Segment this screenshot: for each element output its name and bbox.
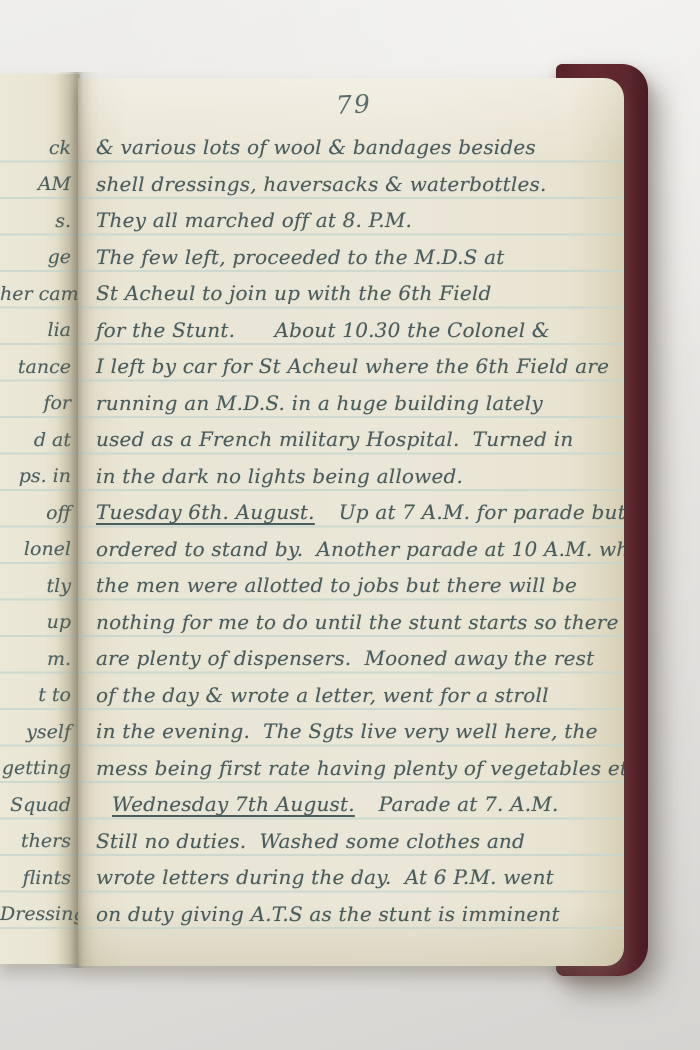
diary-line: nothing for me to do until the stunt sta… [96, 607, 619, 637]
left-page-fragment: thers [0, 826, 71, 856]
diary-line: Tuesday 6th. August.Up at 7 A.M. for par… [96, 497, 624, 527]
diary-line: used as a French military Hospital. Turn… [96, 424, 573, 454]
diary-line: in the evening. The Sgts live very well … [96, 716, 598, 746]
diary-entry-header: Wednesday 7th August. [112, 792, 355, 816]
left-page-fragment: her camp [0, 279, 71, 309]
left-page-fragment: lonel [0, 534, 71, 564]
left-page-fragment: Squad [0, 790, 71, 820]
page-number: 79 [335, 89, 372, 120]
left-page-fragment: tance [0, 352, 71, 382]
diary-line: & various lots of wool & bandages beside… [96, 132, 536, 162]
diary-line: ordered to stand by. Another parade at 1… [96, 534, 624, 564]
diary-line: in the dark no lights being allowed. [96, 461, 463, 491]
left-page-fragment: flints [0, 863, 71, 893]
left-page-fragment: d at [0, 425, 71, 455]
diary-line: They all marched off at 8. P.M. [96, 205, 412, 235]
left-page-fragment: AM [0, 169, 71, 199]
diary-entry-text: Up at 7 A.M. for parade but [339, 500, 624, 524]
diary-line: Wednesday 7th August.Parade at 7. A.M. [112, 789, 559, 819]
diary-line: I left by car for St Acheul where the 6t… [96, 351, 609, 381]
diary-line: running an M.D.S. in a huge building lat… [96, 388, 543, 418]
left-page-fragment: getting [0, 753, 71, 783]
diary-page: 79 & various lots of wool & bandages bes… [78, 78, 624, 966]
left-page: ck AM s. ge her camp lia tance for d at … [0, 74, 80, 964]
left-page-fragment: tly [0, 571, 71, 601]
left-page-fragment: yself [0, 717, 71, 747]
left-page-fragment: Dressing [0, 899, 71, 929]
left-page-fragment: ck [0, 133, 71, 163]
diary-line: of the day & wrote a letter, went for a … [96, 680, 549, 710]
left-page-fragment: t to [0, 680, 71, 710]
left-page-fragment: for [0, 388, 71, 418]
diary-line: the men were allotted to jobs but there … [96, 570, 577, 600]
left-page-fragment: up [0, 607, 71, 637]
diary-line: on duty giving A.T.S as the stunt is imm… [96, 899, 560, 929]
diary-line: for the Stunt. About 10.30 the Colonel & [96, 315, 550, 345]
left-page-fragment: m. [0, 644, 71, 674]
left-page-fragment: lia [0, 315, 71, 345]
diary-line: are plenty of dispensers. Mooned away th… [96, 643, 594, 673]
diary-line: mess being first rate having plenty of v… [96, 753, 624, 783]
left-page-fragment: s. [0, 206, 71, 236]
diary-line: The few left, proceeded to the M.D.S at [96, 242, 504, 272]
left-page-fragment: ge [0, 242, 71, 272]
diary-line: wrote letters during the day. At 6 P.M. … [96, 862, 554, 892]
diary-entry-text: Parade at 7. A.M. [379, 792, 559, 816]
diary-line: shell dressings, haversacks & waterbottl… [96, 169, 547, 199]
left-page-fragment: ps. in [0, 461, 71, 491]
left-page-fragment: off [0, 498, 71, 528]
diary-entry-header: Tuesday 6th. August. [96, 500, 315, 524]
photo-background: ck AM s. ge her camp lia tance for d at … [0, 0, 700, 1050]
diary-line: St Acheul to join up with the 6th Field [96, 278, 491, 308]
diary-line: Still no duties. Washed some clothes and [96, 826, 525, 856]
